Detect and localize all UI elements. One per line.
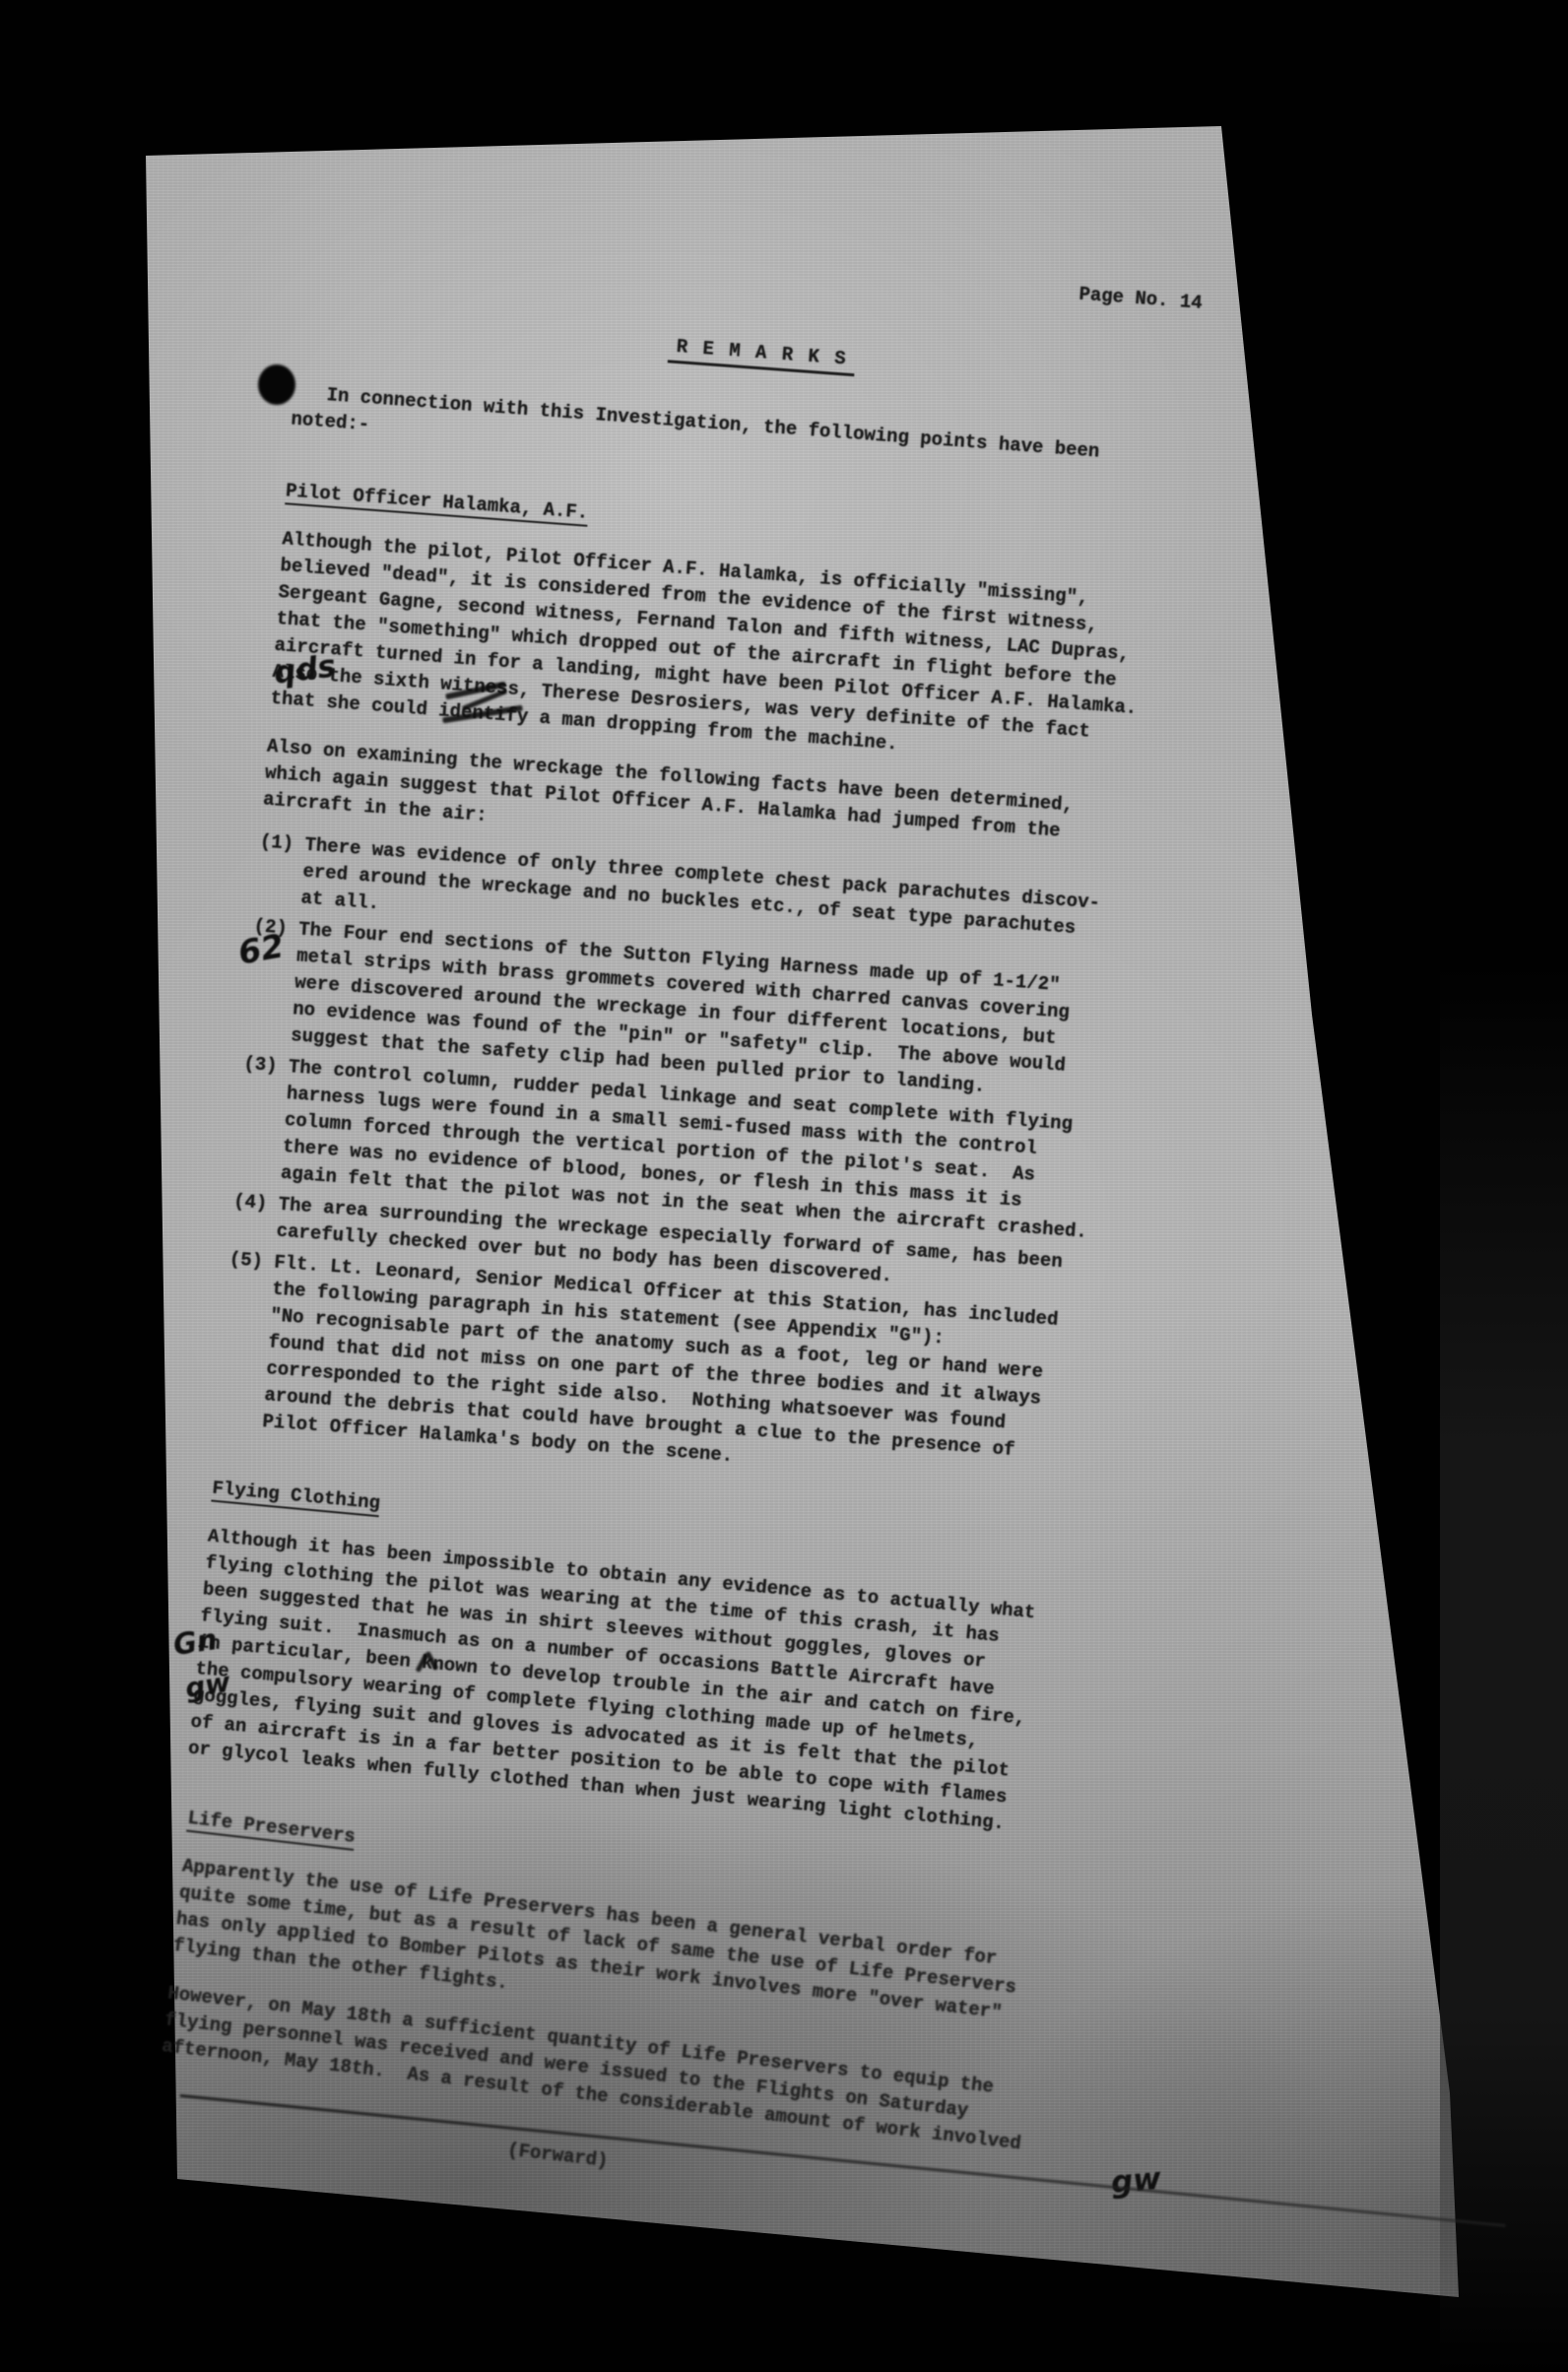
handwriting-margin-note: 62 [235,926,287,971]
findings-list: (1) There was evidence of only three com… [217,828,1188,1499]
handwriting-margin-note: Gn [171,1622,220,1662]
ink-blot [258,364,295,405]
remarks-title: R E M A R K S [668,335,857,376]
pilot-officer-paragraph-1: Although the pilot, Pilot Officer A.F. H… [270,526,1210,780]
handwriting-bottom-note: gw [1110,2161,1163,2201]
microfilm-edge-strip [1440,965,1568,2372]
remarks-title-row: R E M A R K S [297,306,1226,401]
intro-paragraph: In connection with this Investigation, t… [290,380,1220,501]
handwriting-margin-note: qds [272,648,338,691]
flying-clothing-section: Flying Clothing Although it has been imp… [187,1476,1140,1848]
microfilm-scan-page: { "doc": { "page_no": "Page No. 14", "ti… [0,0,1568,2372]
typewritten-content: Page No. 14 R E M A R K S In connection … [165,225,1232,2193]
